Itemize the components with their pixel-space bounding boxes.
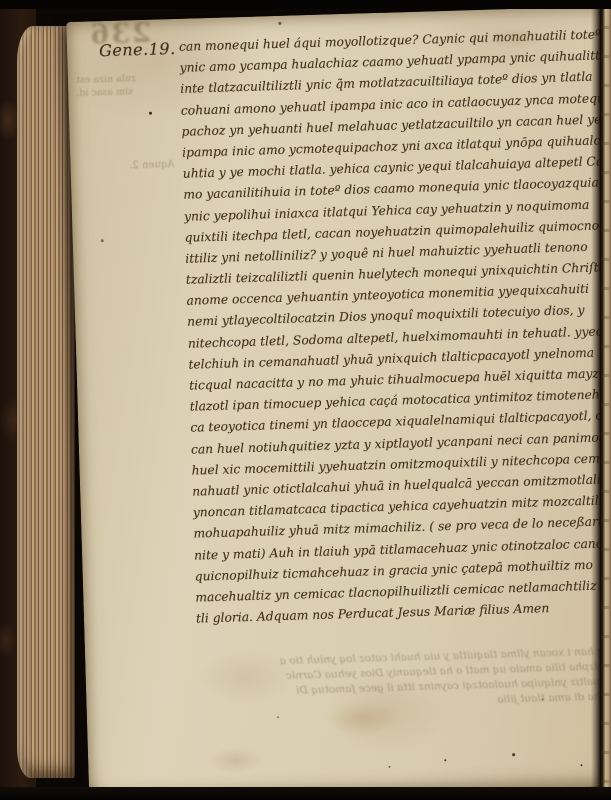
- manuscript-photo: 236 Gene.19. zula niza estsim asac id. A…: [0, 0, 611, 800]
- manuscript-page: 236 Gene.19. zula niza estsim asac id. A…: [66, 6, 611, 800]
- paper-stain: [327, 701, 398, 737]
- margin-showthrough-mark: Aquen 2.: [84, 159, 174, 173]
- ink-speck: [444, 759, 446, 761]
- showthrough-line: sim asac id.: [76, 84, 181, 100]
- paper-stain: [208, 747, 263, 775]
- ink-dot: [101, 239, 104, 242]
- ink-speck: [542, 698, 544, 700]
- facing-page-sliver: [601, 0, 609, 800]
- ink-speck: [388, 766, 390, 768]
- ink-dot: [278, 22, 281, 25]
- ink-speck: [580, 764, 582, 766]
- top-letterbox-bar: [0, 0, 611, 9]
- ink-dot: [149, 112, 152, 115]
- book-gutter: [591, 0, 611, 800]
- margin-note-genesis: Gene.19.: [99, 39, 176, 60]
- ink-speck: [512, 753, 515, 756]
- ink-speck: [277, 716, 279, 718]
- manuscript-text-block: can monequi huel áqui moyollotizque? Cay…: [179, 24, 611, 630]
- margin-showthrough-text: zula niza estsim asac id.: [76, 71, 182, 100]
- page-fore-edges: [17, 26, 75, 778]
- bottom-letterbox-bar: [0, 787, 611, 800]
- showthrough-lines-block: aupa han i xocan yllma tlaquitla y uia h…: [203, 644, 611, 716]
